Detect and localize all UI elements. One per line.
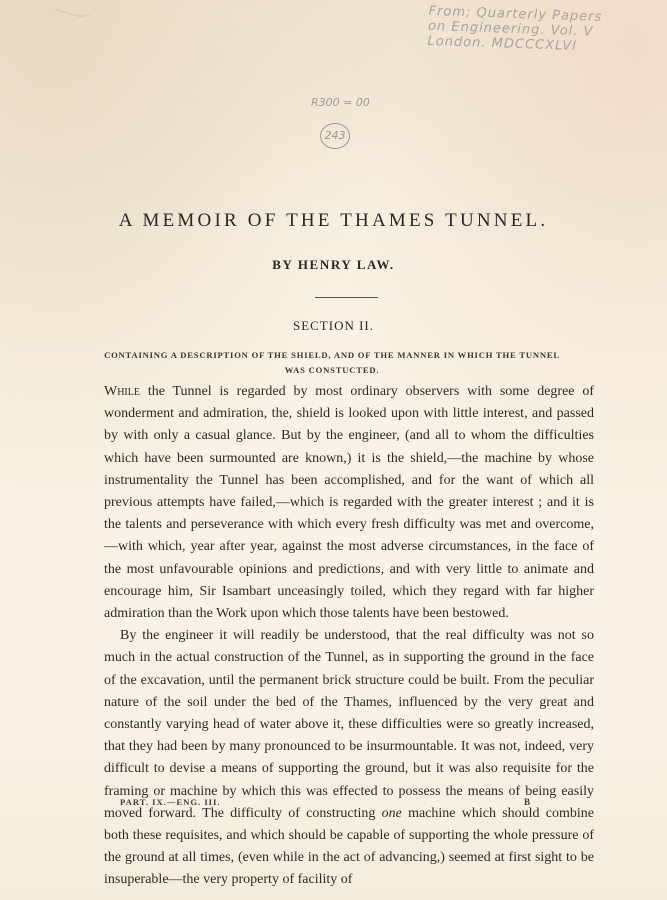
paragraph-2: By the engineer it will readily be under… — [104, 625, 594, 891]
page-fold-crease — [54, 0, 97, 21]
title-divider — [315, 297, 378, 298]
paragraph-text: By the engineer it will readily be under… — [104, 628, 594, 821]
emphasized-word: one — [382, 806, 402, 821]
section-subheading: CONTAINING A DESCRIPTION OF THE SHIELD, … — [96, 348, 568, 378]
printer-signature-mark: PART. IX.—ENG. III. — [120, 797, 221, 807]
gathering-letter: B — [524, 797, 530, 807]
document-page: From; Quarterly Papers on Engineering. V… — [0, 0, 667, 900]
handwritten-source-note: From; Quarterly Papers on Engineering. V… — [427, 4, 667, 57]
handwritten-price: R300 = 00 — [311, 96, 370, 109]
document-title: A MEMOIR OF THE THAMES TUNNEL. — [0, 210, 667, 232]
author-byline: BY HENRY LAW. — [0, 257, 667, 273]
paragraph-lead-word: While — [104, 384, 140, 399]
paragraph-1: While the Tunnel is regarded by most ord… — [104, 381, 594, 625]
body-text: While the Tunnel is regarded by most ord… — [104, 381, 594, 892]
section-heading: SECTION II. — [0, 318, 667, 334]
circled-page-number: 243 — [320, 123, 350, 149]
paragraph-text: the Tunnel is regarded by most ordinary … — [104, 384, 594, 621]
